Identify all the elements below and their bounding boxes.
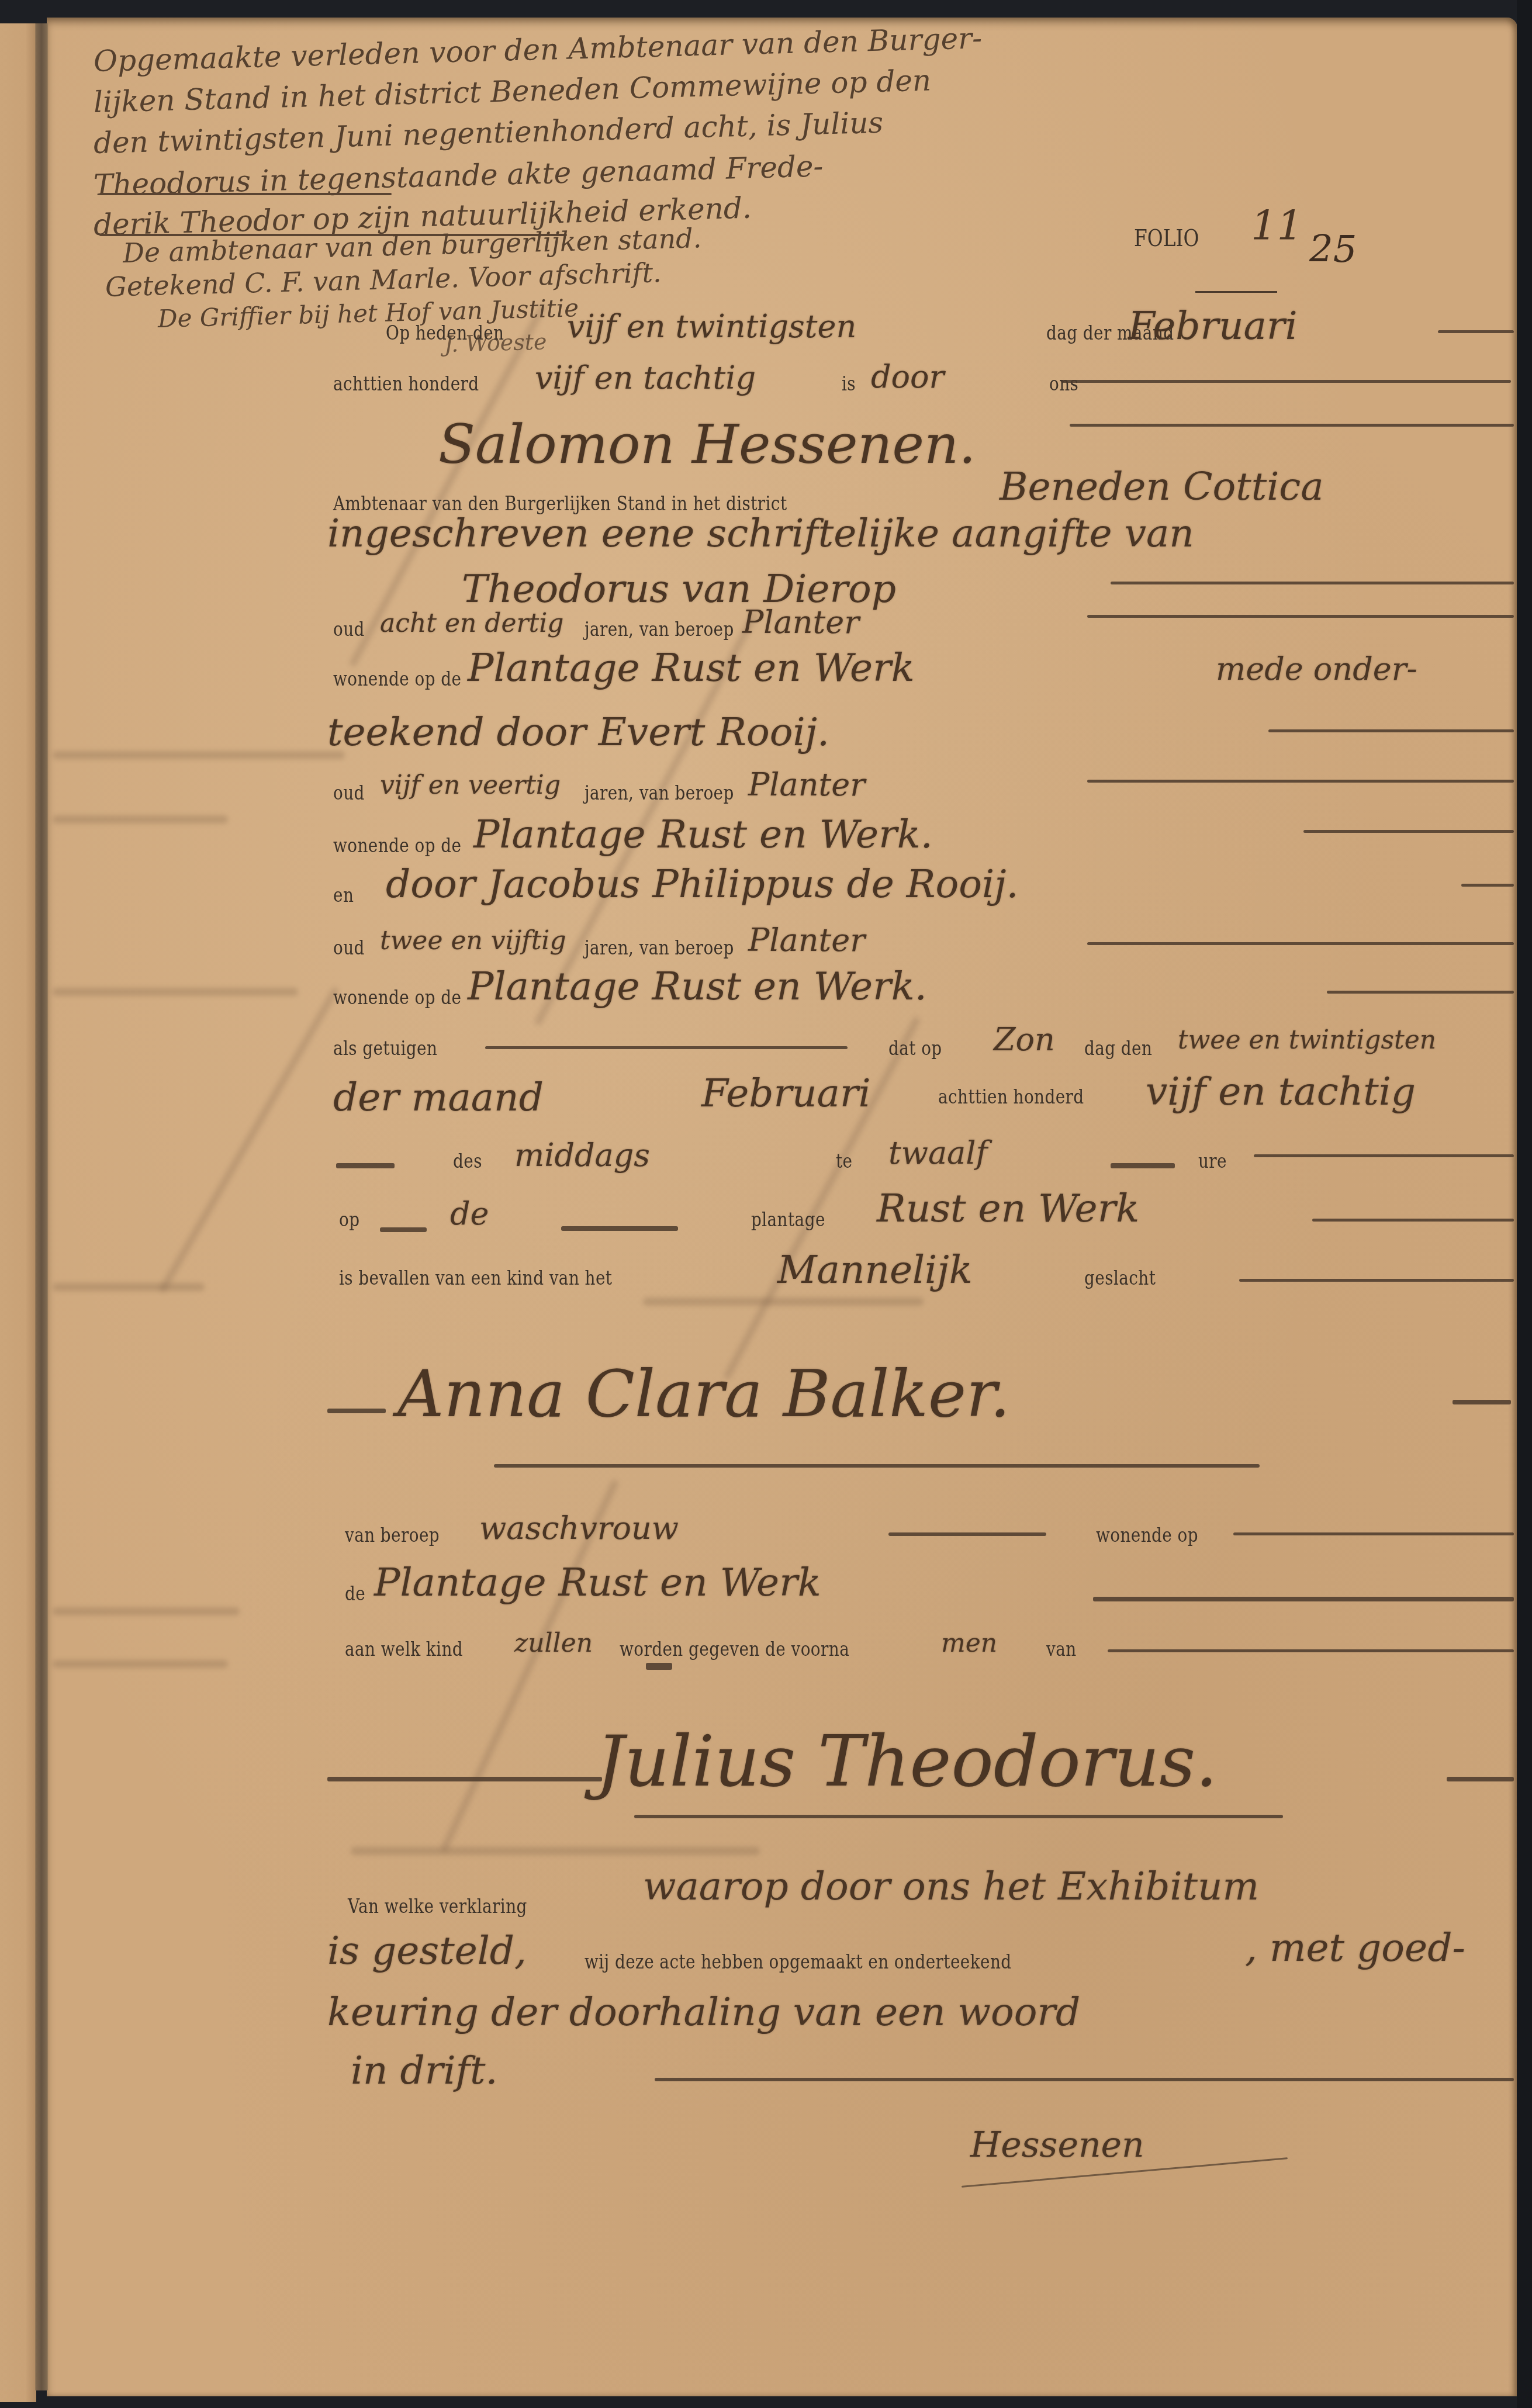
field-voornamen-suffix: men <box>941 1631 997 1656</box>
field-registration-note: ingeschreven eene schriftelijke aangifte… <box>327 514 1194 553</box>
fill-line <box>1087 942 1514 945</box>
label-van: van <box>1046 1639 1077 1659</box>
label-geslacht: geslacht <box>1084 1268 1156 1288</box>
label-oud: oud <box>333 938 365 958</box>
binding-gutter <box>35 23 48 2390</box>
field-birth-plantation: Rust en Werk <box>877 1189 1139 1228</box>
field-mother-name: Anna Clara Balker. <box>397 1362 1011 1426</box>
field-year: vijf en tachtig <box>535 362 756 394</box>
fill-line <box>561 1226 678 1231</box>
label-dag-den: dag den <box>1084 1039 1152 1058</box>
field-witness1-occupation: Planter <box>748 769 865 801</box>
fill-line <box>1093 1597 1514 1601</box>
fill-line <box>494 1464 1260 1468</box>
field-official-name: Salomon Hessenen. <box>438 418 976 472</box>
field-witness1-age: vijf en veertig <box>380 773 561 798</box>
field-met-goed: , met goed- <box>1245 1929 1465 1967</box>
field-witness2-name: door Jacobus Philippus de Rooij. <box>386 865 1018 904</box>
label-op: op <box>339 1210 359 1230</box>
fill-line <box>1070 424 1514 427</box>
fill-line <box>327 1409 386 1413</box>
label-acte-opgemaakt: wij deze acte hebben opgemaakt en ondert… <box>585 1952 1012 1972</box>
field-op-de: de <box>450 1198 489 1230</box>
fill-line <box>327 1777 602 1781</box>
field-birth-day: twee en twintigsten <box>1178 1027 1436 1053</box>
label-is: is <box>842 374 856 394</box>
field-door: door <box>871 361 944 393</box>
fill-line <box>1303 830 1514 833</box>
bleed-through-stroke <box>53 1283 205 1291</box>
label-wonende-op-de: wonende op de <box>333 669 461 689</box>
label-is-bevallen: is bevallen van een kind van het <box>339 1268 612 1288</box>
fill-line <box>1233 1532 1514 1535</box>
label-als-getuigen: als getuigen <box>333 1039 437 1058</box>
label-ure: ure <box>1198 1151 1227 1171</box>
field-weekday: Zon <box>994 1024 1055 1056</box>
label-aan-welk-kind: aan welk kind <box>345 1639 463 1659</box>
fill-line <box>1453 1400 1511 1404</box>
bleed-through-stroke <box>53 1660 228 1668</box>
field-in-drift: in drift. <box>351 2051 497 2090</box>
label-achttien-honderd: achttien honderd <box>938 1087 1084 1107</box>
field-child-names: Julius Theodorus. <box>596 1727 1218 1797</box>
label-van-welke-verklaring: Van welke verklaring <box>348 1897 527 1916</box>
label-de: de <box>345 1584 365 1604</box>
fill-line <box>1438 330 1514 333</box>
fill-line <box>1111 1163 1175 1168</box>
label-wonende-op: wonende op <box>1096 1525 1198 1545</box>
fill-line <box>1108 1649 1514 1652</box>
label-jaren-van-beroep: jaren, van beroep <box>585 938 734 958</box>
field-declarant-name: Theodorus van Dierop <box>462 570 896 608</box>
field-zullen: zullen <box>514 1631 593 1656</box>
folio-rule <box>1195 291 1277 293</box>
official-signature: Hessenen <box>970 2127 1144 2163</box>
field-district: Beneden Cottica <box>1000 468 1324 506</box>
strikethrough-mark <box>646 1663 672 1670</box>
label-jaren-van-beroep: jaren, van beroep <box>585 620 734 639</box>
fill-line <box>888 1532 1046 1536</box>
fill-line <box>336 1163 395 1168</box>
field-witness2-occupation: Planter <box>748 925 865 956</box>
folio-number: 11 <box>1251 202 1303 250</box>
fill-line <box>1447 1777 1514 1781</box>
fill-line <box>655 2078 1514 2081</box>
label-plantage: plantage <box>751 1210 825 1230</box>
field-is-gesteld: is gesteld, <box>327 1932 527 1970</box>
fill-line <box>1087 780 1514 783</box>
field-sex: Mannelijk <box>777 1251 973 1289</box>
label-op-heden-den: Op heden den <box>386 323 504 343</box>
fill-line <box>1239 1279 1514 1282</box>
field-mother-residence: Plantage Rust en Werk <box>374 1563 821 1602</box>
field-declarant-age: acht en dertig <box>380 611 563 636</box>
field-witness1-residence: Plantage Rust en Werk. <box>473 815 933 854</box>
field-birth-year: vijf en tachtig <box>1146 1072 1416 1111</box>
fill-line <box>1111 582 1514 584</box>
fill-line <box>380 1227 427 1232</box>
label-ons: ons <box>1049 374 1078 394</box>
fill-line <box>1087 615 1514 618</box>
field-co-signer-note: mede onder- <box>1216 653 1417 685</box>
field-approval-note: keuring der doorhaling van een woord <box>327 1993 1080 2032</box>
fill-line <box>634 1815 1283 1818</box>
bleed-through-stroke <box>53 988 298 996</box>
field-mother-occupation: waschvrouw <box>479 1513 679 1544</box>
bleed-through-stroke <box>53 751 345 759</box>
label-oud: oud <box>333 783 365 803</box>
field-hour: twaalf <box>888 1137 988 1169</box>
field-birth-month: Februari <box>701 1074 871 1113</box>
underline <box>99 193 392 195</box>
fill-line <box>1268 729 1514 732</box>
label-jaren-van-beroep: jaren, van beroep <box>585 783 734 803</box>
label-wonende-op-de: wonende op de <box>333 988 461 1008</box>
field-der-maand: der maand <box>333 1078 544 1117</box>
field-declarant-residence: Plantage Rust en Werk <box>468 649 915 687</box>
field-co-signer: teekend door Evert Rooij. <box>327 713 829 752</box>
label-van-beroep: van beroep <box>345 1525 440 1545</box>
fill-line <box>1061 380 1511 383</box>
bleed-through-stroke <box>53 815 228 824</box>
fill-line <box>485 1046 848 1049</box>
label-oud: oud <box>333 620 365 639</box>
bleed-through-stroke <box>643 1298 924 1306</box>
label-des: des <box>453 1151 482 1171</box>
field-time-of-day: middags <box>514 1140 650 1171</box>
field-month: Februari <box>1128 307 1298 345</box>
folio-marginal-number: 25 <box>1309 228 1357 271</box>
label-en: en <box>333 885 354 905</box>
fill-line <box>1461 884 1514 887</box>
fill-line <box>1327 991 1514 994</box>
folio-label: FOLIO <box>1134 225 1199 252</box>
fill-line <box>1254 1154 1514 1157</box>
label-wonende-op-de: wonende op de <box>333 836 461 856</box>
bleed-through-stroke <box>53 1607 240 1615</box>
label-te: te <box>836 1151 853 1171</box>
field-exhibitum-note: waarop door ons het Exhibitum <box>643 1867 1259 1906</box>
label-achttien-honderd: achttien honderd <box>333 374 479 394</box>
label-worden-gegeven: worden gegeven de voorna <box>620 1639 849 1659</box>
document-page <box>47 18 1517 2396</box>
field-witness2-age: twee en vijftig <box>380 928 566 954</box>
fill-line <box>1312 1219 1514 1222</box>
scanned-register-page: Opgemaakte verleden voor den Ambtenaar v… <box>0 0 1532 2408</box>
field-day: vijf en twintigsten <box>567 311 856 342</box>
left-page-fragment <box>0 23 36 2402</box>
scan-background-edge <box>1517 0 1532 2408</box>
label-dat-op: dat op <box>888 1039 942 1058</box>
field-declarant-occupation: Planter <box>742 607 859 638</box>
field-witness2-residence: Plantage Rust en Werk. <box>468 967 927 1006</box>
bleed-through-stroke <box>351 1847 760 1855</box>
